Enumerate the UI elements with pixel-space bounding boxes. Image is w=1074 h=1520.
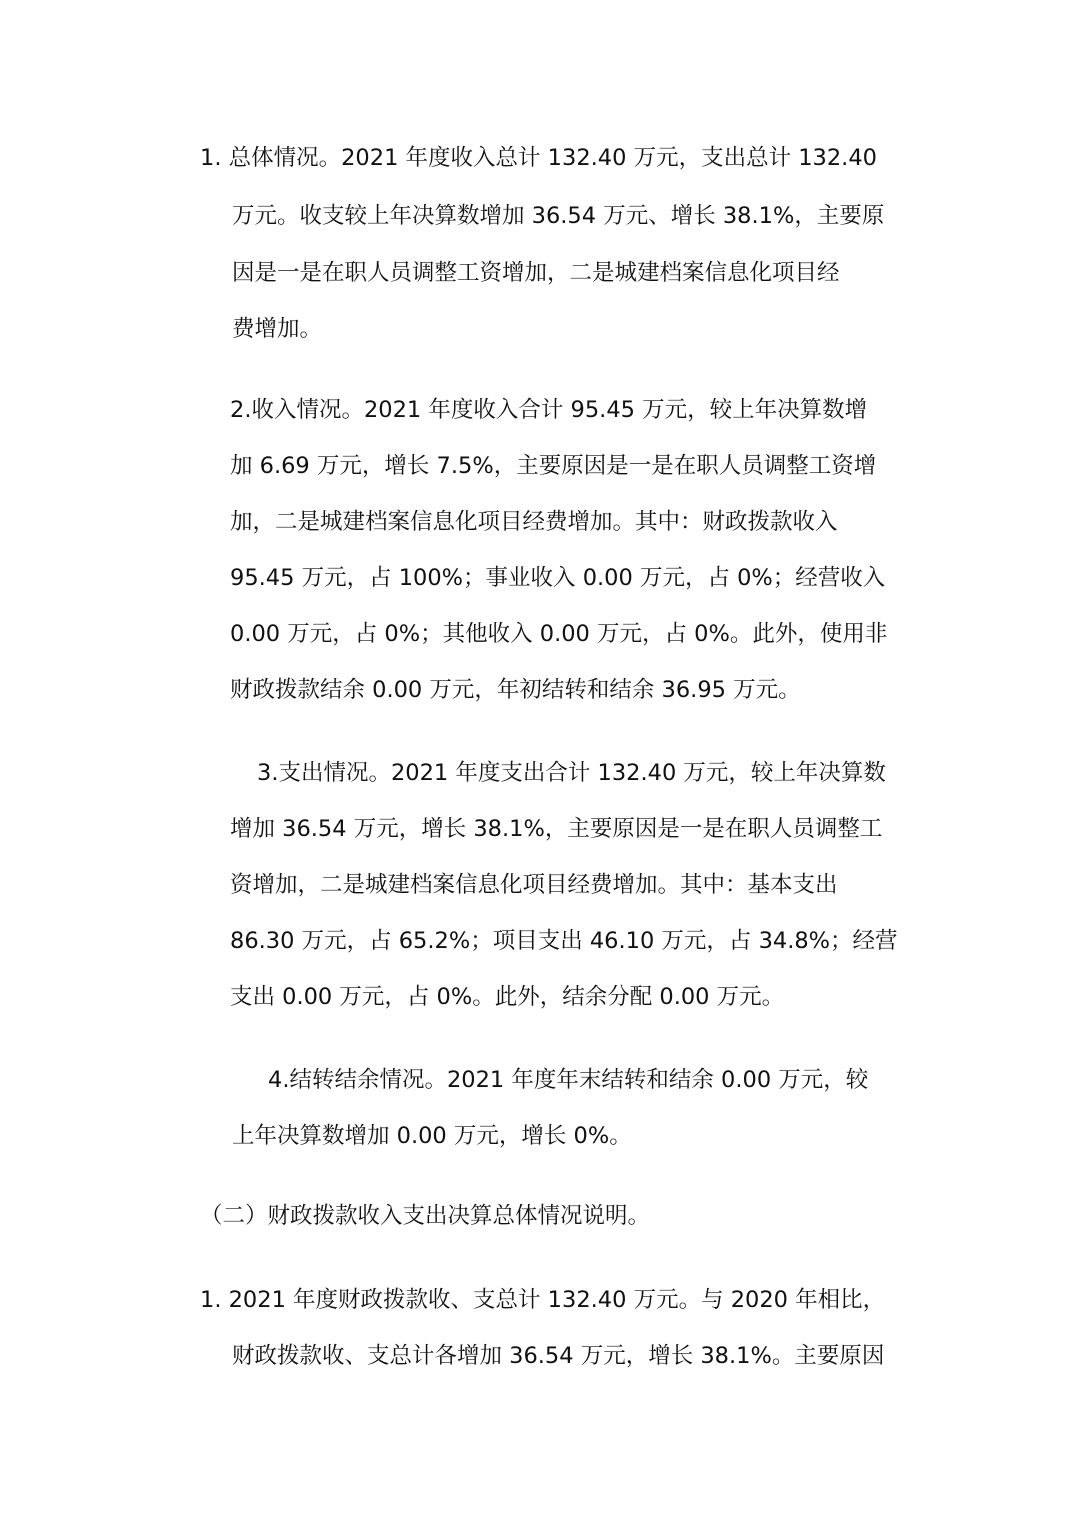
text-line: 财政拨款收、支总计各增加 36.54 万元，增长 38.1%。主要原因	[232, 1341, 884, 1371]
text-line: 86.30 万元，占 65.2%；项目支出 46.10 万元，占 34.8%；经…	[230, 926, 898, 956]
text-line: 支出 0.00 万元，占 0%。此外，结余分配 0.00 万元。	[230, 982, 784, 1012]
text-line: 3.支出情况。2021 年度支出合计 132.40 万元，较上年决算数	[257, 758, 886, 788]
text-line: 因是一是在职人员调整工资增加，二是城建档案信息化项目经	[232, 258, 840, 288]
text-line: 资增加，二是城建档案信息化项目经费增加。其中：基本支出	[230, 870, 838, 900]
text-line: 1. 总体情况。2021 年度收入总计 132.40 万元，支出总计 132.4…	[200, 143, 877, 173]
document-page: 1. 总体情况。2021 年度收入总计 132.40 万元，支出总计 132.4…	[0, 0, 1074, 1520]
text-line: 费增加。	[232, 314, 322, 344]
section-heading: （二）财政拨款收入支出决算总体情况说明。	[200, 1201, 650, 1231]
text-line: 增加 36.54 万元，增长 38.1%，主要原因是一是在职人员调整工	[230, 814, 882, 844]
text-line: 1. 2021 年度财政拨款收、支总计 132.40 万元。与 2020 年相比…	[200, 1285, 885, 1315]
text-line: 2.收入情况。2021 年度收入合计 95.45 万元，较上年决算数增	[230, 395, 867, 425]
text-line: 万元。收支较上年决算数增加 36.54 万元、增长 38.1%，主要原	[232, 201, 884, 231]
text-line: 加，二是城建档案信息化项目经费增加。其中：财政拨款收入	[230, 507, 838, 537]
text-line: 上年决算数增加 0.00 万元，增长 0%。	[232, 1121, 632, 1151]
text-line: 财政拨款结余 0.00 万元，年初结转和结余 36.95 万元。	[230, 675, 801, 705]
text-line: 加 6.69 万元，增长 7.5%，主要原因是一是在职人员调整工资增	[230, 451, 876, 481]
text-line: 95.45 万元，占 100%；事业收入 0.00 万元，占 0%；经营收入	[230, 563, 885, 593]
text-line: 4.结转结余情况。2021 年度年末结转和结余 0.00 万元，较	[268, 1065, 868, 1095]
text-line: 0.00 万元，占 0%；其他收入 0.00 万元，占 0%。此外，使用非	[230, 619, 887, 649]
